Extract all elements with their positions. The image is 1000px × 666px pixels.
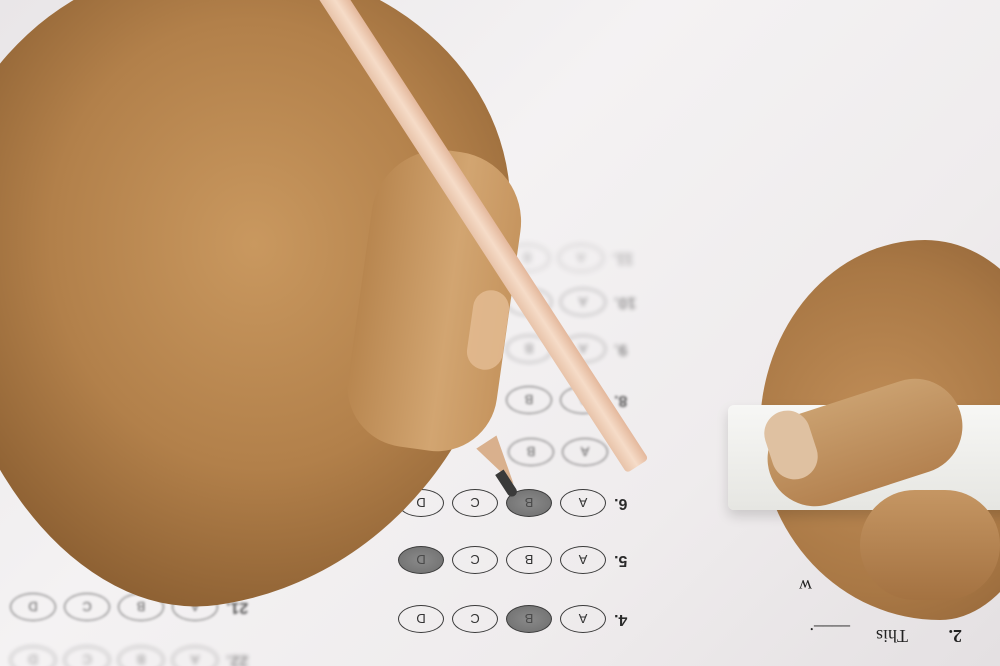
bubble-d[interactable]: D <box>10 646 56 666</box>
bubble-a[interactable]: A <box>560 288 606 316</box>
question-2-number: 2. <box>949 625 963 646</box>
question-2-blank: ____. <box>810 623 851 644</box>
question-number: 10. <box>614 293 648 311</box>
answer-row-4: 4. A B C D <box>398 605 648 633</box>
photo-scene: 4. A B C D 5. A B C D 6. A B C D 7. A B … <box>0 0 1000 666</box>
bubble-a[interactable]: A <box>172 646 218 666</box>
option-a-text: w <box>799 575 812 596</box>
question-number: 11. <box>612 249 646 267</box>
bubble-c[interactable]: C <box>64 593 110 621</box>
question-2-text: This <box>876 625 908 646</box>
question-number: 22. <box>226 651 260 666</box>
bubble-a[interactable]: A <box>560 546 606 574</box>
bubble-a[interactable]: A <box>558 244 604 272</box>
bubble-c[interactable]: C <box>452 489 498 517</box>
bubble-d-filled[interactable]: D <box>398 546 444 574</box>
question-number: 8. <box>614 391 648 409</box>
bubble-b[interactable]: B <box>118 646 164 666</box>
answer-row-6: 6. A B C D <box>398 489 648 517</box>
question-number: 4. <box>614 610 648 628</box>
bubble-b[interactable]: B <box>508 438 554 466</box>
bubble-d[interactable]: D <box>10 593 56 621</box>
question-number: 6. <box>614 494 648 512</box>
bubble-c[interactable]: C <box>64 646 110 666</box>
bubble-b[interactable]: B <box>506 546 552 574</box>
other-hand-thumb <box>860 490 1000 600</box>
bubble-a[interactable]: A <box>560 489 606 517</box>
answer-row-5: 5. A B C D <box>398 546 648 574</box>
question-number: 5. <box>614 551 648 569</box>
bubble-a[interactable]: A <box>562 438 608 466</box>
bubble-b[interactable]: B <box>506 386 552 414</box>
answer-row-22: 22. A B C D <box>10 646 260 666</box>
bubble-c[interactable]: C <box>452 546 498 574</box>
bubble-b-filled[interactable]: B <box>506 605 552 633</box>
bubble-c[interactable]: C <box>452 605 498 633</box>
bubble-d[interactable]: D <box>398 605 444 633</box>
bubble-a[interactable]: A <box>560 605 606 633</box>
answer-row-11: 11. A B <box>504 244 646 272</box>
question-number: 9. <box>614 340 648 358</box>
